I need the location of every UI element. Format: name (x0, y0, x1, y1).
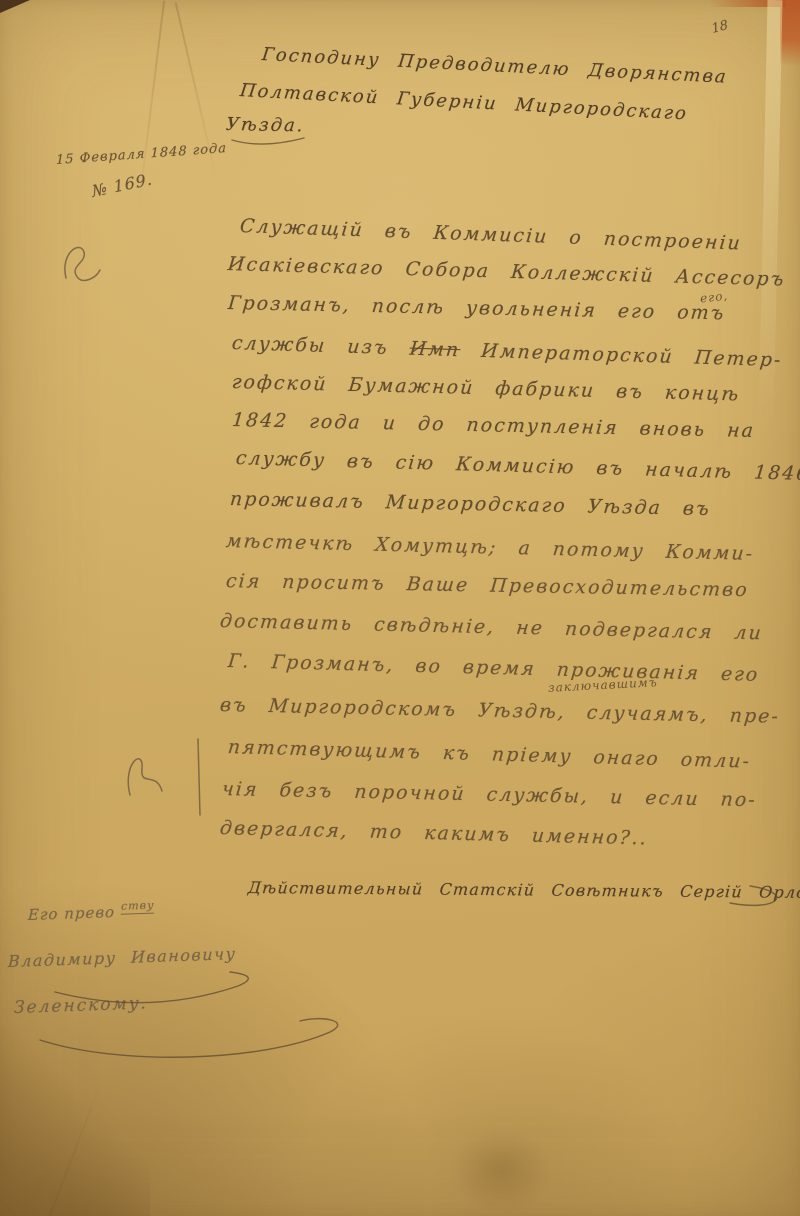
flourish-underline-icon (55, 972, 248, 1003)
document-page: 18 Господину Предводителю Дворянства Пол… (0, 0, 800, 1216)
flourish-underline-icon (232, 138, 304, 144)
flourish-overlay (0, 0, 800, 1216)
flourish-underline-icon (40, 1019, 338, 1058)
flourish-signature-icon (730, 886, 777, 905)
